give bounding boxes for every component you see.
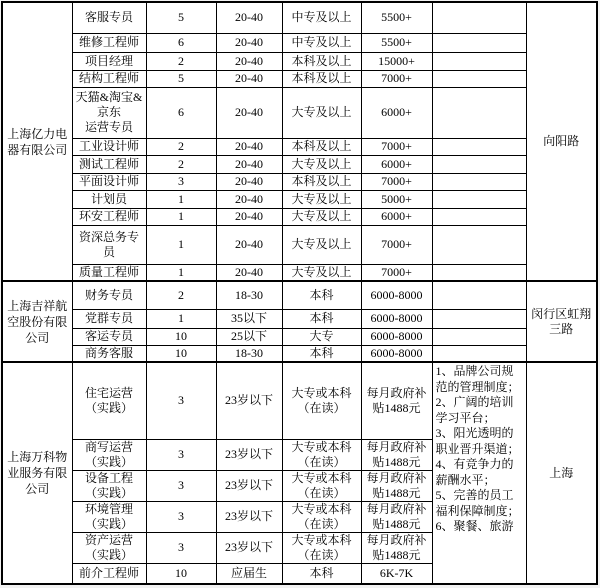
job-cell: 资深总务专 员	[72, 225, 146, 264]
job-cell: 住宅运营 （实践）	[72, 362, 146, 439]
education-cell: 本科	[282, 309, 361, 328]
count-cell: 5	[146, 70, 216, 87]
education-cell: 本科及以上	[282, 138, 361, 155]
education-cell: 大专或本科 （在读）	[282, 439, 361, 470]
benefits-cell	[432, 281, 526, 309]
education-cell: 大专或本科 （在读）	[282, 470, 361, 501]
job-cell: 客运专员	[72, 328, 146, 345]
job-cell: 结构工程师	[72, 70, 146, 87]
salary-cell: 6000+	[361, 87, 432, 138]
education-cell: 大专及以上	[282, 264, 361, 281]
age-cell: 应届生	[216, 563, 282, 584]
salary-cell: 6000-8000	[361, 281, 432, 309]
count-cell: 2	[146, 281, 216, 309]
job-listings-table: 上海亿力电 器有限公司 客服专员 5 20-40 中专及以上 5500+ 向阳路…	[1, 1, 598, 585]
salary-cell: 6000+	[361, 208, 432, 225]
education-cell: 大专及以上	[282, 87, 361, 138]
job-cell: 维修工程师	[72, 33, 146, 52]
age-cell: 20-40	[216, 190, 282, 208]
job-cell: 资产运营 （实践）	[72, 532, 146, 563]
education-cell: 大专及以上	[282, 225, 361, 264]
salary-cell: 7000+	[361, 138, 432, 155]
job-cell: 财务专员	[72, 281, 146, 309]
table-row: 测试工程师 2 20-40 大专及以上 6000+	[2, 155, 597, 173]
job-cell: 环境管理 （实践）	[72, 501, 146, 532]
education-cell: 本科	[282, 563, 361, 584]
job-cell: 计划员	[72, 190, 146, 208]
table-row: 项目经理 2 20-40 本科及以上 15000+	[2, 52, 597, 70]
age-cell: 18-30	[216, 345, 282, 362]
table-row: 客运专员 10 25以下 大专 6000-8000	[2, 328, 597, 345]
spreadsheet-area: 上海亿力电 器有限公司 客服专员 5 20-40 中专及以上 5500+ 向阳路…	[0, 0, 600, 588]
salary-cell: 每月政府补 贴1488元	[361, 362, 432, 439]
age-cell: 25以下	[216, 328, 282, 345]
table-row: 资深总务专 员 1 20-40 大专及以上 7000+	[2, 225, 597, 264]
education-cell: 中专及以上	[282, 33, 361, 52]
benefits-cell	[432, 2, 526, 33]
age-cell: 20-40	[216, 33, 282, 52]
job-cell: 客服专员	[72, 2, 146, 33]
count-cell: 2	[146, 138, 216, 155]
location-cell: 上海	[526, 362, 597, 584]
benefits-cell	[432, 264, 526, 281]
salary-cell: 5000+	[361, 190, 432, 208]
job-cell: 质量工程师	[72, 264, 146, 281]
job-cell: 党群专员	[72, 309, 146, 328]
education-cell: 大专	[282, 328, 361, 345]
count-cell: 10	[146, 563, 216, 584]
age-cell: 20-40	[216, 208, 282, 225]
salary-cell: 6K-7K	[361, 563, 432, 584]
table-row: 天猫&淘宝& 京东 运营专员 6 20-40 大专及以上 6000+	[2, 87, 597, 138]
count-cell: 1	[146, 309, 216, 328]
education-cell: 本科及以上	[282, 52, 361, 70]
company-cell: 上海吉祥航 空股份有限 公司	[2, 281, 72, 362]
education-cell: 大专及以上	[282, 155, 361, 173]
table-row: 上海万科物 业服务有限 公司 住宅运营 （实践） 3 23岁以下 大专或本科 （…	[2, 362, 597, 439]
age-cell: 20-40	[216, 87, 282, 138]
salary-cell: 6000+	[361, 155, 432, 173]
benefits-cell	[432, 155, 526, 173]
salary-cell: 7000+	[361, 264, 432, 281]
age-cell: 23岁以下	[216, 501, 282, 532]
count-cell: 3	[146, 173, 216, 190]
table-row: 党群专员 1 35以下 本科 6000-8000	[2, 309, 597, 328]
age-cell: 23岁以下	[216, 532, 282, 563]
count-cell: 1	[146, 225, 216, 264]
benefits-cell	[432, 190, 526, 208]
count-cell: 1	[146, 208, 216, 225]
age-cell: 20-40	[216, 70, 282, 87]
age-cell: 20-40	[216, 264, 282, 281]
benefits-cell	[432, 52, 526, 70]
count-cell: 10	[146, 345, 216, 362]
count-cell: 3	[146, 439, 216, 470]
benefits-cell	[432, 208, 526, 225]
benefits-cell	[432, 225, 526, 264]
job-cell: 天猫&淘宝& 京东 运营专员	[72, 87, 146, 138]
table-row: 平面设计师 3 20-40 本科及以上 7000+	[2, 173, 597, 190]
job-cell: 商写运营 （实践）	[72, 439, 146, 470]
job-cell: 设备工程 （实践）	[72, 470, 146, 501]
education-cell: 本科及以上	[282, 70, 361, 87]
count-cell: 3	[146, 362, 216, 439]
education-cell: 大专及以上	[282, 190, 361, 208]
education-cell: 中专及以上	[282, 2, 361, 33]
job-cell: 商务客服	[72, 345, 146, 362]
table-row: 结构工程师 5 20-40 本科及以上 7000+	[2, 70, 597, 87]
education-cell: 大专或本科 （在读）	[282, 362, 361, 439]
salary-cell: 7000+	[361, 70, 432, 87]
salary-cell: 7000+	[361, 225, 432, 264]
age-cell: 20-40	[216, 138, 282, 155]
job-cell: 测试工程师	[72, 155, 146, 173]
salary-cell: 每月政府补 贴1488元	[361, 501, 432, 532]
benefits-cell	[432, 138, 526, 155]
benefits-cell	[432, 328, 526, 345]
salary-cell: 每月政府补 贴1488元	[361, 470, 432, 501]
age-cell: 20-40	[216, 173, 282, 190]
table-row: 商务客服 10 18-30 本科 6000-8000	[2, 345, 597, 362]
age-cell: 20-40	[216, 225, 282, 264]
job-cell: 项目经理	[72, 52, 146, 70]
education-cell: 大专或本科 （在读）	[282, 501, 361, 532]
benefits-cell	[432, 345, 526, 362]
salary-cell: 5500+	[361, 33, 432, 52]
count-cell: 2	[146, 155, 216, 173]
education-cell: 本科	[282, 345, 361, 362]
job-cell: 平面设计师	[72, 173, 146, 190]
salary-cell: 6000-8000	[361, 309, 432, 328]
benefits-cell	[432, 33, 526, 52]
company-cell: 上海亿力电 器有限公司	[2, 2, 72, 281]
education-cell: 本科及以上	[282, 173, 361, 190]
age-cell: 20-40	[216, 155, 282, 173]
table-row: 维修工程师 6 20-40 中专及以上 5500+	[2, 33, 597, 52]
count-cell: 3	[146, 532, 216, 563]
salary-cell: 7000+	[361, 173, 432, 190]
table-row: 上海吉祥航 空股份有限 公司 财务专员 2 18-30 本科 6000-8000…	[2, 281, 597, 309]
salary-cell: 每月政府补 贴1488元	[361, 532, 432, 563]
job-cell: 环安工程师	[72, 208, 146, 225]
salary-cell: 5500+	[361, 2, 432, 33]
education-cell: 本科	[282, 281, 361, 309]
benefits-cell	[432, 309, 526, 328]
count-cell: 5	[146, 2, 216, 33]
count-cell: 3	[146, 501, 216, 532]
age-cell: 23岁以下	[216, 470, 282, 501]
count-cell: 2	[146, 52, 216, 70]
table-row: 质量工程师 1 20-40 大专及以上 7000+	[2, 264, 597, 281]
benefits-cell: 1、品牌公司规范的管理制度； 2、广阔的培训学习平台； 3、阳光透明的职业晋升渠…	[432, 362, 526, 584]
count-cell: 1	[146, 190, 216, 208]
count-cell: 6	[146, 87, 216, 138]
count-cell: 1	[146, 264, 216, 281]
table-row: 上海亿力电 器有限公司 客服专员 5 20-40 中专及以上 5500+ 向阳路	[2, 2, 597, 33]
salary-cell: 15000+	[361, 52, 432, 70]
salary-cell: 6000-8000	[361, 345, 432, 362]
table-row: 计划员 1 20-40 大专及以上 5000+	[2, 190, 597, 208]
location-cell: 闵行区虹翔 三路	[526, 281, 597, 362]
salary-cell: 每月政府补 贴1488元	[361, 439, 432, 470]
salary-cell: 6000-8000	[361, 328, 432, 345]
age-cell: 23岁以下	[216, 439, 282, 470]
company-cell: 上海万科物 业服务有限 公司	[2, 362, 72, 584]
count-cell: 3	[146, 470, 216, 501]
job-cell: 前介工程师	[72, 563, 146, 584]
count-cell: 10	[146, 328, 216, 345]
table-row: 工业设计师 2 20-40 本科及以上 7000+	[2, 138, 597, 155]
age-cell: 20-40	[216, 2, 282, 33]
count-cell: 6	[146, 33, 216, 52]
benefits-cell	[432, 87, 526, 138]
benefits-cell	[432, 173, 526, 190]
education-cell: 大专及以上	[282, 208, 361, 225]
benefits-cell	[432, 70, 526, 87]
age-cell: 23岁以下	[216, 362, 282, 439]
age-cell: 35以下	[216, 309, 282, 328]
job-cell: 工业设计师	[72, 138, 146, 155]
age-cell: 18-30	[216, 281, 282, 309]
table-row: 环安工程师 1 20-40 大专及以上 6000+	[2, 208, 597, 225]
location-cell: 向阳路	[526, 2, 597, 281]
education-cell: 大专或本科 （在读）	[282, 532, 361, 563]
age-cell: 20-40	[216, 52, 282, 70]
